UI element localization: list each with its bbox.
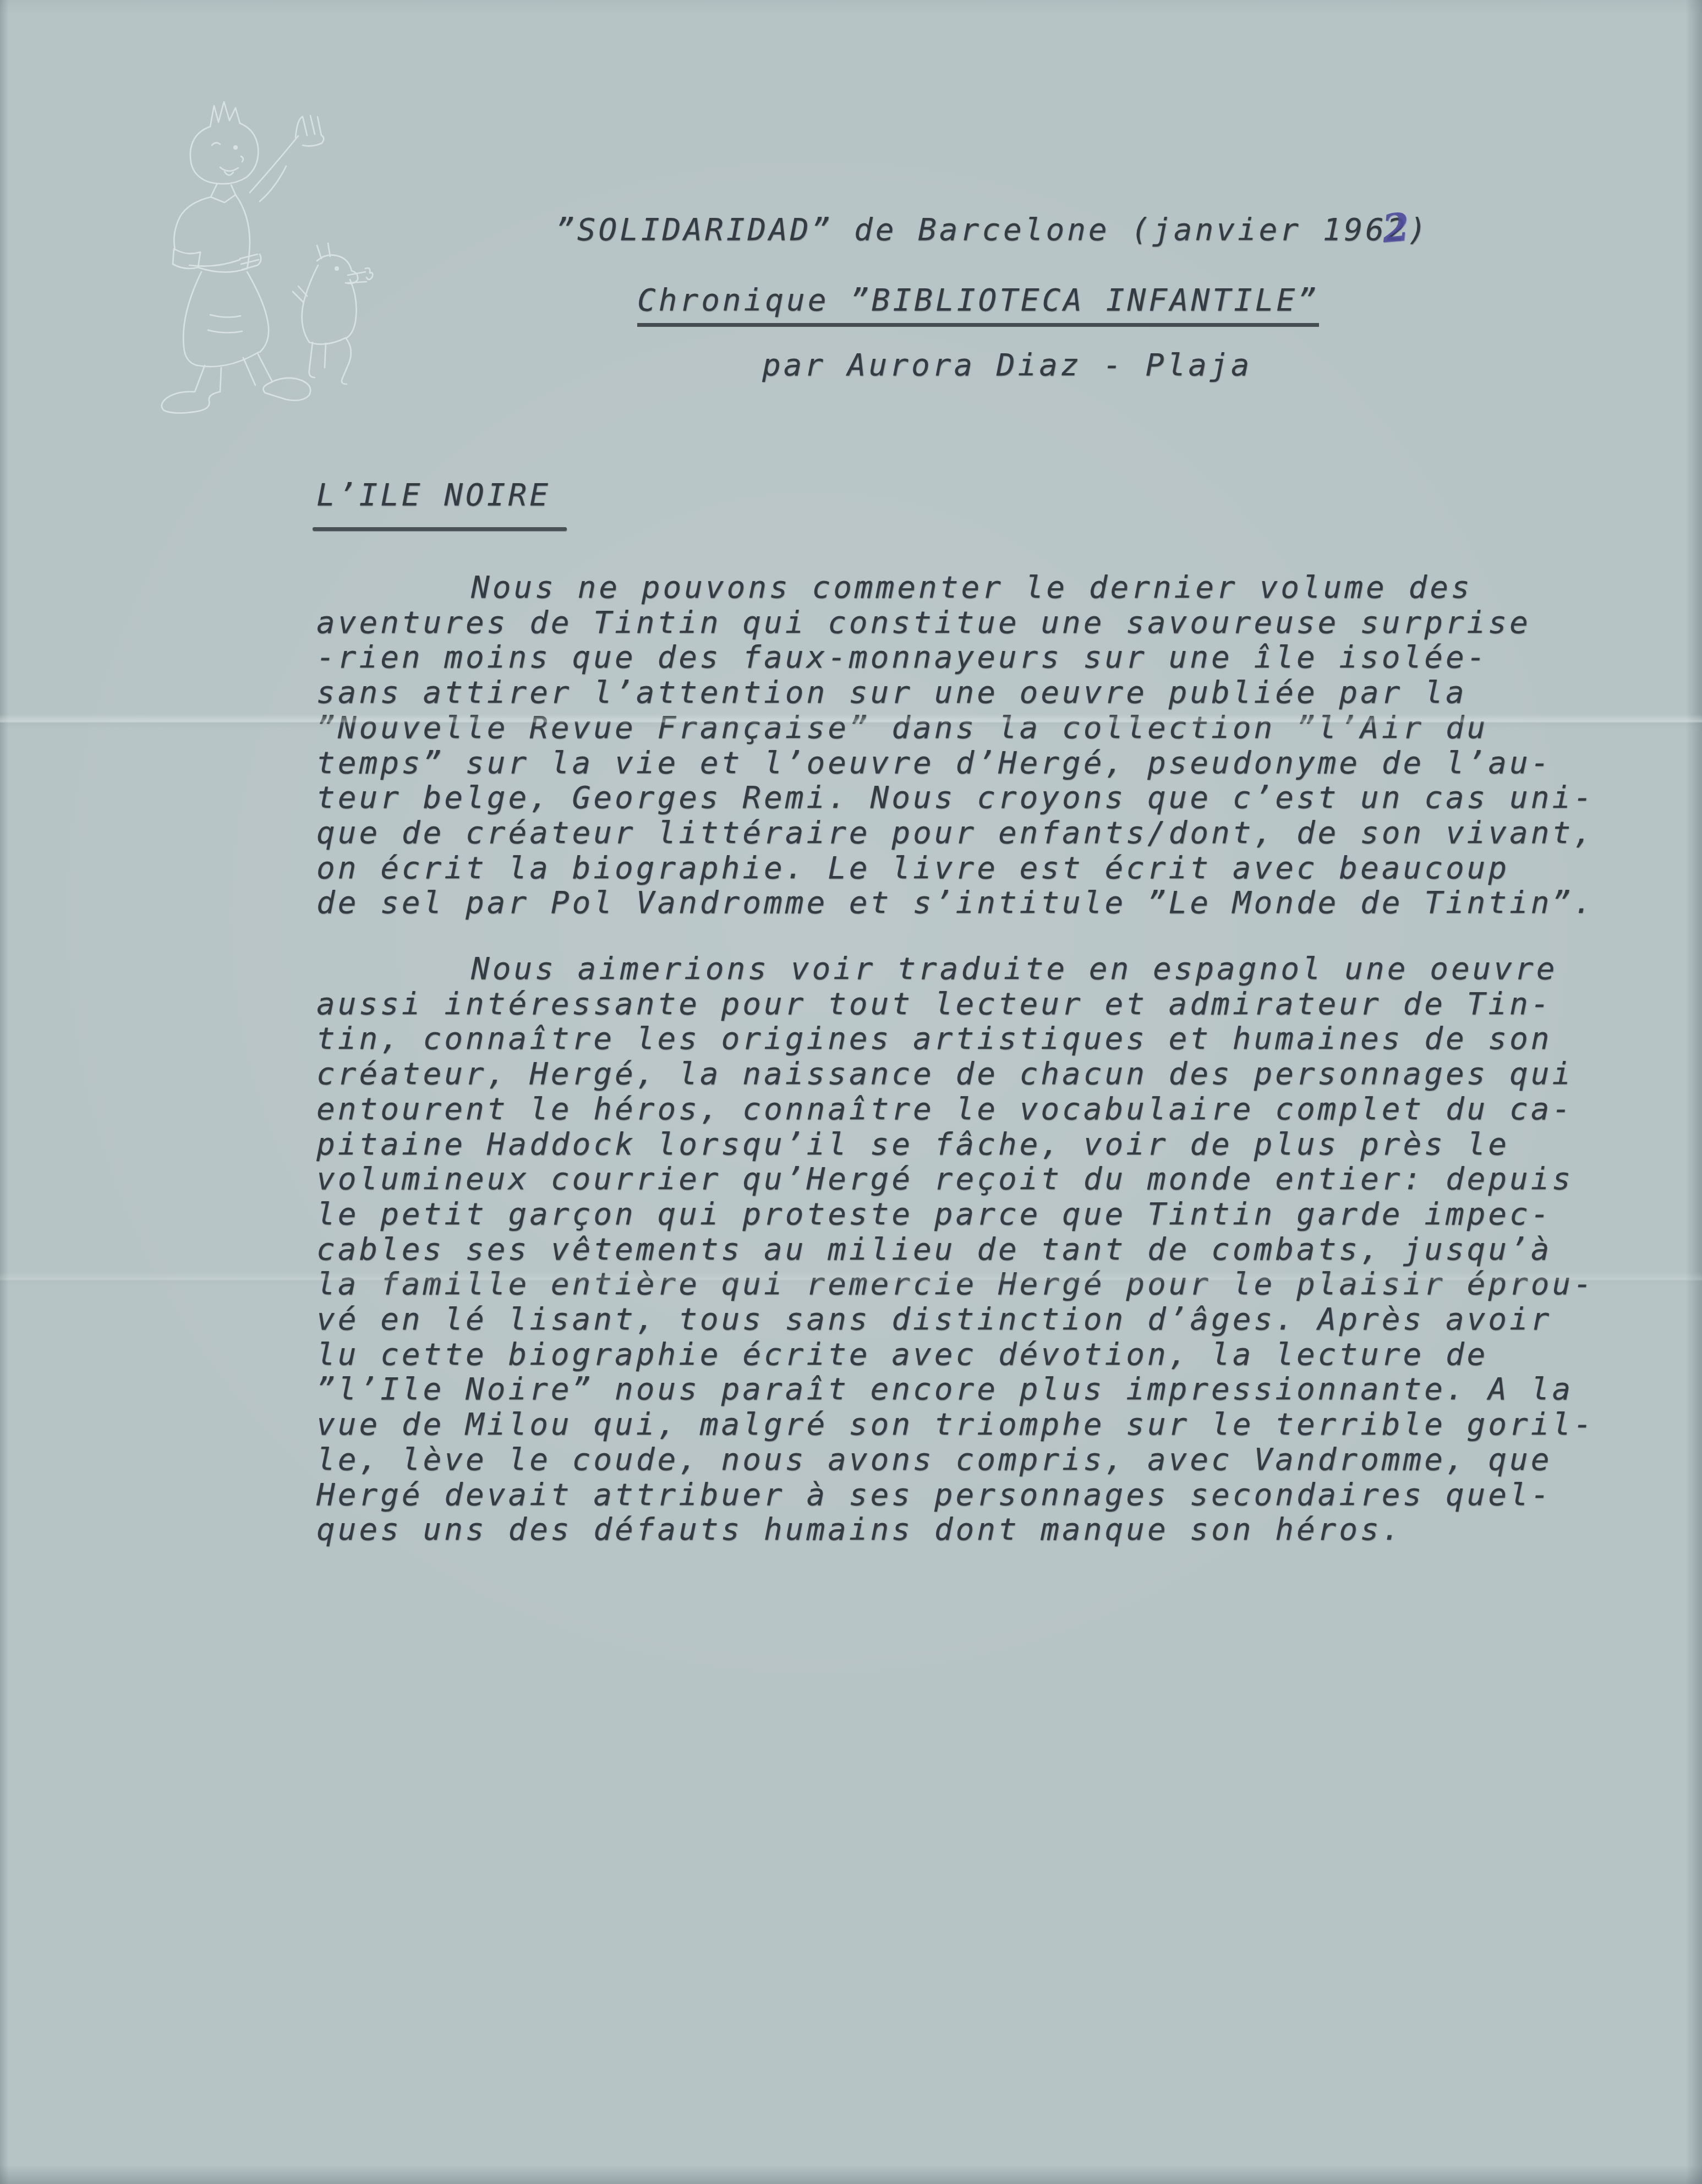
text-line: aventures de Tintin qui constitue une sa…: [316, 605, 1654, 641]
text-line: pitaine Haddock lorsqu’il se fâche, voir…: [316, 1127, 1654, 1162]
text-line: que de créateur littéraire pour enfants/…: [316, 815, 1654, 851]
text-line: de sel par Pol Vandromme et s’intitule ”…: [316, 885, 1654, 921]
text-line: ques uns des défauts humains dont manque…: [316, 1512, 1654, 1547]
text-line: on écrit la biographie. Le livre est écr…: [316, 851, 1654, 886]
text-line: teur belge, Georges Remi. Nous croyons q…: [316, 780, 1654, 815]
paragraph-1: Nous ne pouvons commenter le dernier vol…: [316, 570, 1654, 921]
paragraph-2: Nous aimerions voir traduite en espagnol…: [316, 951, 1654, 1547]
text-line: vé en lé lisant, tous sans distinction d…: [316, 1302, 1654, 1337]
text-line: créateur, Hergé, la naissance de chacun …: [316, 1057, 1654, 1092]
publication-line: ”SOLIDARIDAD” de Barcelone (janvier 1962…: [556, 212, 1429, 248]
text-line: entourent le héros, connaître le vocabul…: [316, 1092, 1654, 1127]
text-line: sans attirer l’attention sur une oeuvre …: [316, 675, 1654, 710]
text-line: temps” sur la vie et l’oeuvre d’Hergé, p…: [316, 746, 1654, 781]
snowy-figure: [293, 243, 373, 384]
text-line: aussi intéressante pour tout lecteur et …: [316, 987, 1654, 1022]
text-line: le, lève le coude, nous avons compris, a…: [316, 1442, 1654, 1477]
chronicle-title: Chronique ”BIBLIOTECA INFANTILE”: [637, 283, 1319, 318]
text-line: ”l’Ile Noire” nous paraît encore plus im…: [316, 1372, 1654, 1407]
byline: par Aurora Diaz - Plaja: [762, 348, 1252, 383]
scanned-typed-page: ”SOLIDARIDAD” de Barcelone (janvier 1962…: [0, 0, 1702, 2184]
handwritten-year-correction: 2: [1381, 209, 1413, 247]
tintin-figure: [162, 102, 324, 413]
text-line: ”Nouvelle Revue Française” dans la colle…: [316, 710, 1654, 746]
text-line: -rien moins que des faux-monnayeurs sur …: [316, 640, 1654, 675]
article-title-underline: [313, 527, 567, 531]
text-line: lu cette biographie écrite avec dévotion…: [316, 1337, 1654, 1372]
text-line: tin, connaître les origines artistiques …: [316, 1021, 1654, 1057]
text-line: Nous aimerions voir traduite en espagnol…: [316, 951, 1654, 987]
text-line: Hergé devait attribuer à ses personnages…: [316, 1477, 1654, 1513]
text-line: volumineux courrier qu’Hergé reçoit du m…: [316, 1162, 1654, 1197]
tintin-snowy-illustration: [128, 84, 375, 425]
text-line: Nous ne pouvons commenter le dernier vol…: [316, 570, 1654, 605]
text-line: la famille entière qui remercie Hergé po…: [316, 1267, 1654, 1302]
publication-line-text: ”SOLIDARIDAD” de Barcelone (janvier 196: [556, 212, 1387, 248]
text-line: cables ses vêtements au milieu de tant d…: [316, 1232, 1654, 1267]
text-line: vue de Milou qui, malgré son triomphe su…: [316, 1407, 1654, 1442]
article-title: L’ILE NOIRE: [316, 478, 551, 513]
text-line: le petit garçon qui proteste parce que T…: [316, 1197, 1654, 1232]
publication-year-digit: 22: [1387, 212, 1408, 248]
